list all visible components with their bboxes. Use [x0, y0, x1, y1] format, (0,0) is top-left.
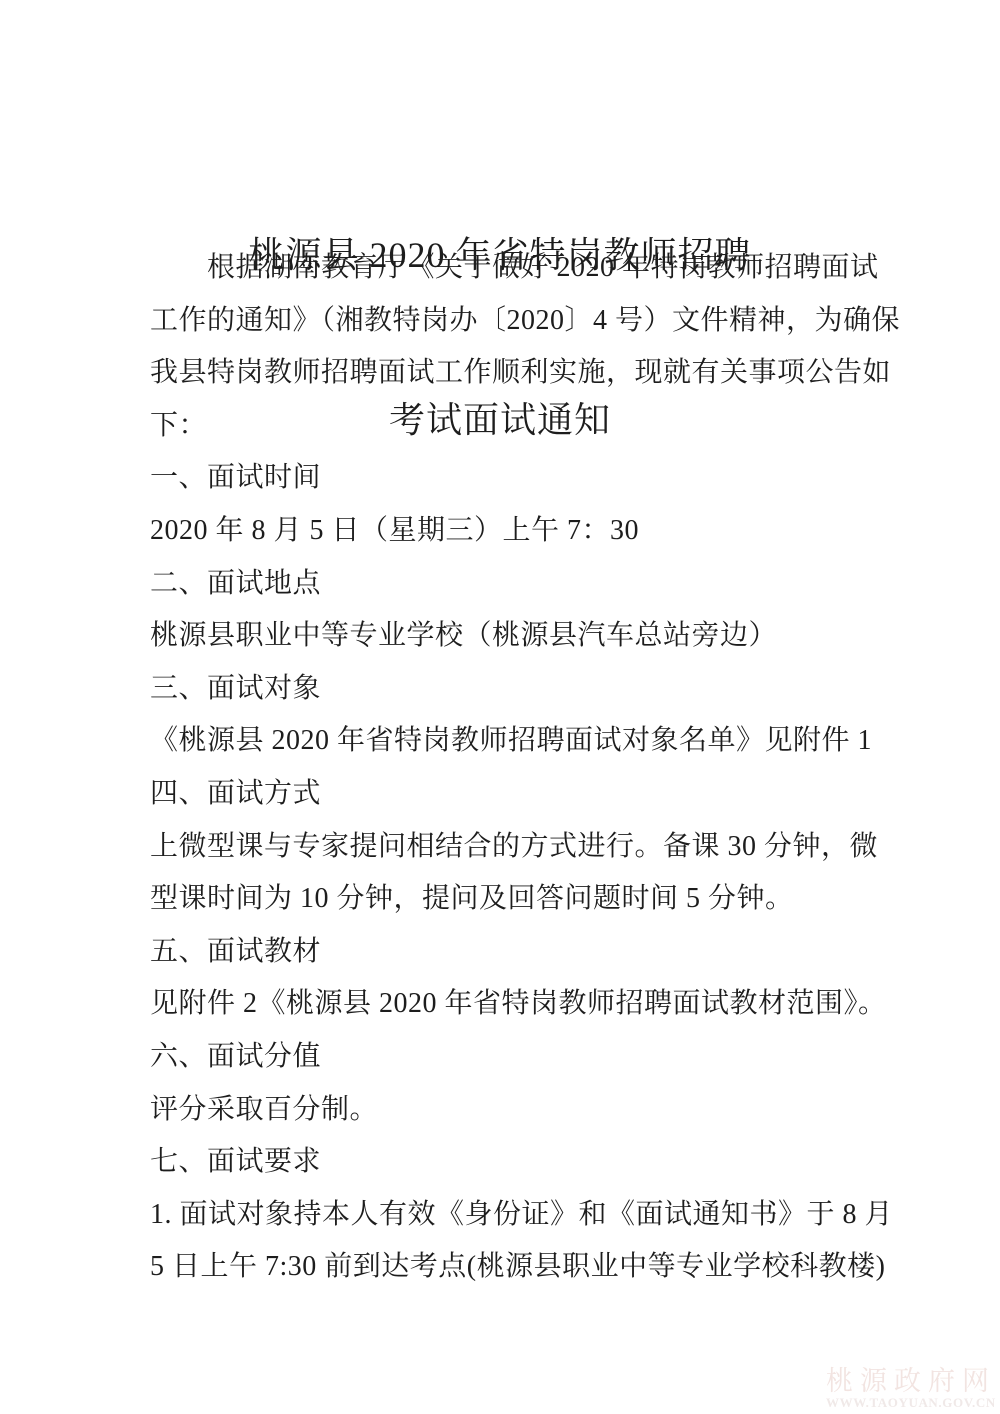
document-body: 根据湖南教育厅《关于做好 2020 年特岗教师招聘面试 工作的通知》（湘教特岗办… — [150, 242, 862, 1294]
body-line: 型课时间为 10 分钟，提问及回答问题时间 5 分钟。 — [150, 873, 862, 926]
section-heading-3: 三、面试对象 — [150, 663, 862, 716]
section-heading-2: 二、面试地点 — [150, 558, 862, 611]
body-line: 根据湖南教育厅《关于做好 2020 年特岗教师招聘面试 — [150, 242, 862, 295]
body-line: 上微型课与专家提问相结合的方式进行。备课 30 分钟，微 — [150, 821, 862, 874]
body-line: 1. 面试对象持本人有效《身份证》和《面试通知书》于 8 月 — [150, 1189, 862, 1242]
section-heading-5: 五、面试教材 — [150, 926, 862, 979]
body-line: 见附件 2《桃源县 2020 年省特岗教师招聘面试教材范围》。 — [150, 978, 862, 1031]
body-line: 5 日上午 7:30 前到达考点(桃源县职业中等专业学校科教楼) — [150, 1241, 862, 1294]
document-page: 桃源县 2020 年省特岗教师招聘 考试面试通知 根据湖南教育厅《关于做好 20… — [0, 0, 1000, 1414]
body-line: 《桃源县 2020 年省特岗教师招聘面试对象名单》见附件 1 — [150, 715, 862, 768]
body-line: 我县特岗教师招聘面试工作顺利实施，现就有关事项公告如 — [150, 347, 862, 400]
section-heading-4: 四、面试方式 — [150, 768, 862, 821]
body-line: 桃源县职业中等专业学校（桃源县汽车总站旁边） — [150, 610, 862, 663]
watermark: 桃源政府网 WWW.TAOYUAN.GOV.CN — [826, 1367, 996, 1410]
watermark-site-name: 桃源政府网 — [826, 1367, 996, 1396]
body-line: 下： — [150, 400, 862, 453]
body-line: 2020 年 8 月 5 日（星期三）上午 7：30 — [150, 505, 862, 558]
watermark-site-url: WWW.TAOYUAN.GOV.CN — [826, 1396, 996, 1410]
section-heading-1: 一、面试时间 — [150, 452, 862, 505]
section-heading-6: 六、面试分值 — [150, 1031, 862, 1084]
section-heading-7: 七、面试要求 — [150, 1136, 862, 1189]
body-line: 工作的通知》（湘教特岗办〔2020〕4 号）文件精神，为确保 — [150, 295, 862, 348]
body-line: 评分采取百分制。 — [150, 1084, 862, 1137]
